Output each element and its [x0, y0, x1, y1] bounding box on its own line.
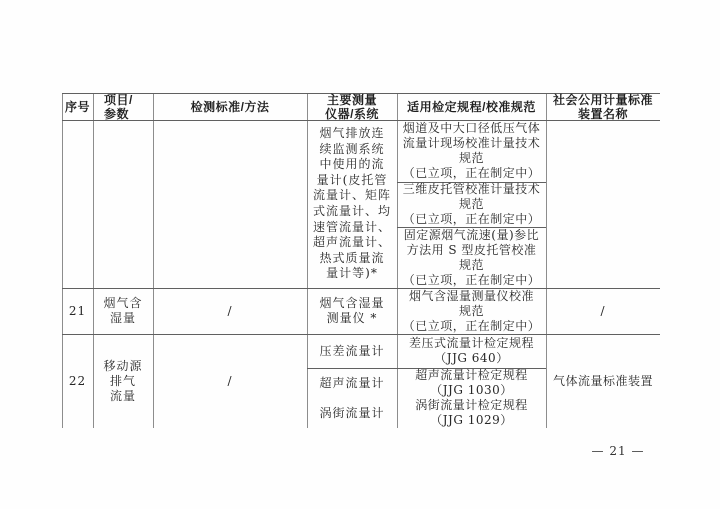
row22-regulation-cell-1: 差压式流量计检定规程 （JJG 640） [398, 334, 545, 368]
row21-method-cell: / [154, 288, 306, 334]
row21-standard-cell: / [547, 288, 659, 334]
row22-seq-cell: 22 [63, 334, 92, 428]
row20-regulation-cell-1: 烟道及中大口径低压气体 流量计现场校准计量技术 规范 （已立项，正在制定中） [398, 120, 545, 182]
row22-method-cell: / [154, 334, 306, 428]
row22-standard-cell: 气体流量标准装置 [547, 334, 659, 428]
header-cell-instrument: 主要测量 仪器/系统 [308, 93, 396, 120]
header-cell-method: 检测标准/方法 [154, 93, 306, 120]
row22-regulation-cell-2: 超声流量计检定规程 （JJG 1030） [398, 368, 545, 398]
row21-regulation-cell: 烟气含湿量测量仪校准 规范 （已立项，正在制定中） [398, 288, 545, 334]
row22-item-cell: 移动源 排气 流量 [94, 334, 152, 428]
row21-item-cell: 烟气含 湿量 [94, 288, 152, 334]
page-number: — 21 — [588, 444, 648, 458]
row20-regulation-cell-3: 固定源烟气流速(量)参比 方法用 S 型皮托管校准 规范 （已立项，正在制定中） [398, 227, 545, 288]
row22-instrument-cell-3: 涡街流量计 [308, 398, 396, 428]
header-cell-item: 项目/ 参数 [94, 93, 152, 120]
row21-instrument-cell: 烟气含湿量 测量仪 * [308, 288, 396, 334]
header-cell-seq: 序号 [63, 93, 92, 120]
row22-regulation-cell-3: 涡街流量计检定规程 （JJG 1029） [398, 398, 545, 428]
row21-seq-cell: 21 [63, 288, 92, 334]
header-cell-regulation: 适用检定规程/校准规范 [398, 93, 545, 120]
row22-instrument-cell-2: 超声流量计 [308, 368, 396, 398]
row20-instrument-cell: 烟气排放连 续监测系统 中使用的流 量计(皮托管 流量计、矩阵 式流量计、均 速… [308, 120, 396, 288]
row20-regulation-cell-2: 三维皮托管校准计量技术 规范 （已立项，正在制定中） [398, 182, 545, 227]
document-page: 序号 项目/ 参数 检测标准/方法 主要测量 仪器/系统 适用检定规程/校准规范… [0, 0, 720, 509]
header-cell-standard: 社会公用计量标准 装置名称 [547, 93, 659, 120]
row22-instrument-cell-1: 压差流量计 [308, 334, 396, 368]
